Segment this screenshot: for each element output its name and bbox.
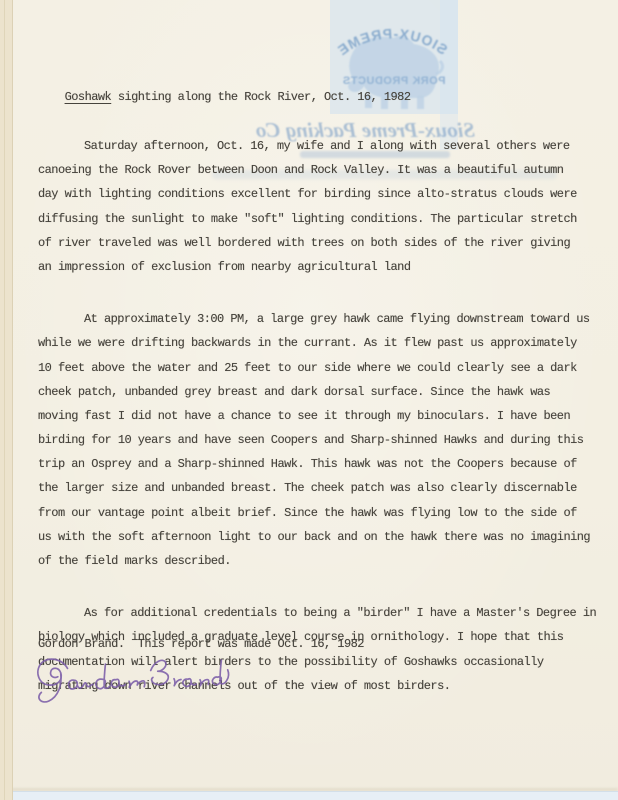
text-line: 10 feet above the water and 25 feet to o… [38,356,596,380]
text-line: trip an Osprey and a Sharp-shinned Hawk.… [38,452,596,476]
paragraph-hawk-description: At approximately 3:00 PM, a large grey h… [38,307,596,573]
text-line: At approximately 3:00 PM, a large grey h… [38,307,596,331]
text-line: As for additional credentials to being a… [38,601,596,625]
page-left-edge [0,0,13,800]
text-line: diffusing the sunlight to make "soft" li… [38,207,596,231]
text-line: cheek patch, unbanded grey breast and da… [38,380,596,404]
document-page: SIOUX-PREME PORK PRODUCTS Sioux-Preme Pa… [0,0,618,800]
text-line: the larger size and unbanded breast. The… [38,476,596,500]
text-line: of the field marks described. [38,549,596,573]
text-line: canoeing the Rock Rover between Doon and… [38,158,596,182]
text-line: Saturday afternoon, Oct. 16, my wife and… [38,134,596,158]
scan-bottom-strip [0,791,618,800]
text-line: an impression of exclusion from nearby a… [38,255,596,279]
text-line: birding for 10 years and have seen Coope… [38,428,596,452]
text-line: moving fast I did not have a chance to s… [38,404,596,428]
paragraph-sighting-intro: Saturday afternoon, Oct. 16, my wife and… [38,134,596,279]
signature-gordon-brand [31,646,243,713]
text-line: of river traveled was well bordered with… [38,231,596,255]
text-line: day with lighting conditions excellent f… [38,182,596,206]
text-line: while we were drifting backwards in the … [38,331,596,355]
text-line: from our vantage point albeit brief. Sin… [38,501,596,525]
title-underlined-word: Goshawk [65,90,112,104]
text-line: us with the soft afternoon light to our … [38,525,596,549]
title-rest: sighting along the Rock River, Oct. 16, … [111,90,410,104]
